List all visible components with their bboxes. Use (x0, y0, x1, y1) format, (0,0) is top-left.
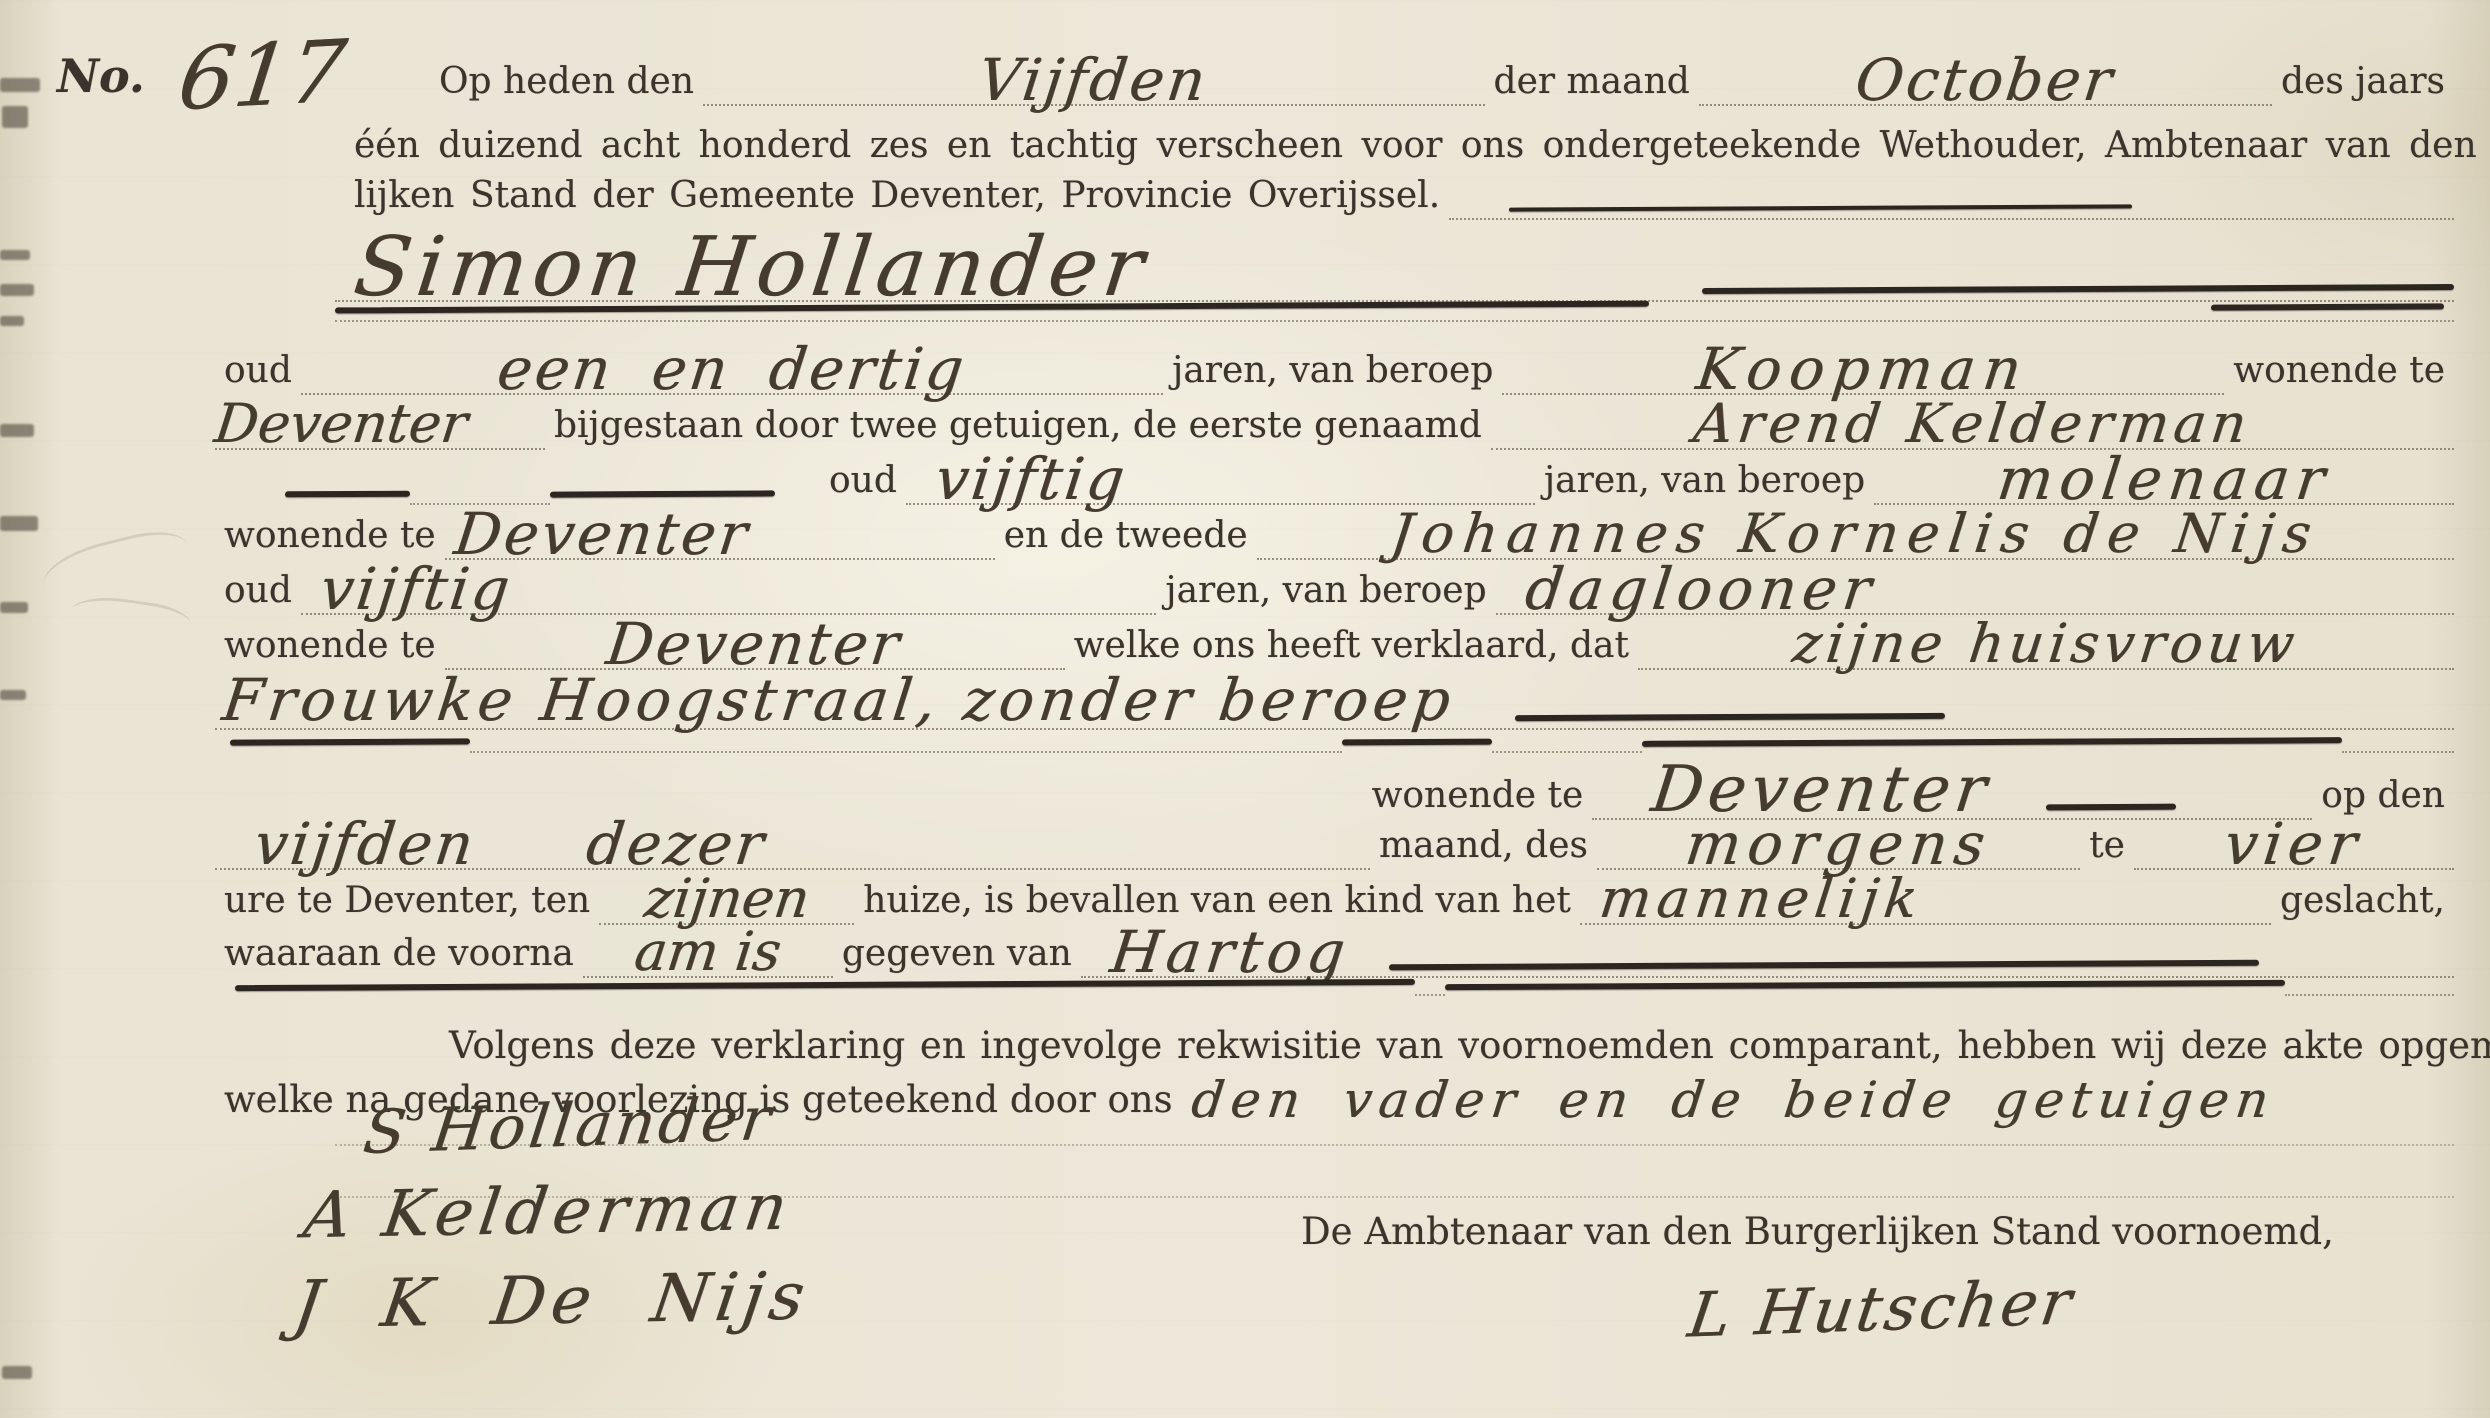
handwritten-month: October (1853, 56, 2117, 104)
handwritten-birth-day: vijfden dezer (252, 820, 769, 868)
handwritten-child-name: Hartog (1108, 928, 1352, 976)
declarant-name-blank: Simon Hollander (335, 236, 1579, 302)
dotted-rule (335, 312, 2454, 322)
intro-authority-line: lijken Stand der Gemeente Deventer, Prov… (345, 170, 2454, 220)
witness2-residence-line: wonende te Deventer welke ons heeft verk… (215, 620, 2454, 670)
handwritten-witness2-name: Johannes Kornelis de Nijs (1388, 510, 2322, 558)
witness2-wonende-label: wonende te (215, 622, 445, 670)
year-text: één duizend acht honderd zes en tachtig … (345, 122, 2490, 170)
page-edge-fragment (0, 250, 30, 260)
witness1-wonende-label: wonende te (215, 512, 445, 560)
handwritten-huize-possessive: zijnen (642, 875, 812, 923)
relation-blank: zijne huisvrouw (1638, 620, 2454, 670)
dotted-rule (1492, 743, 1642, 753)
pencil-scribble (68, 592, 193, 651)
declarant-name-blank-tail (1579, 236, 2454, 302)
witness2-age-line: oud vijftig jaren, van beroep daglooner (215, 565, 2454, 615)
page-edge-fragment (2, 1366, 32, 1379)
witness1-residence-line: wonende te Deventer en de tweede Johanne… (215, 510, 2454, 560)
dotted-rule (470, 743, 1342, 753)
en-de-tweede-label: en de tweede (995, 512, 1257, 560)
declarant-residence-line: Deventer bijgestaan door twee getuigen, … (215, 400, 2454, 450)
handwritten-witness2-age: vijftig (318, 565, 515, 613)
ink-strike (1509, 204, 2132, 211)
page-edge-fragment (2, 106, 28, 128)
birth-day-blank: vijfden dezer (215, 820, 1370, 870)
witness1-jaren-label: jaren, van beroep (1535, 457, 1874, 505)
oud-label: oud (215, 347, 301, 395)
mother-name-blank: Frouwke Hoogstraal, zonder beroep (215, 672, 2454, 730)
page-edge-fragment (0, 602, 28, 613)
gegeven-van-label: gegeven van (833, 930, 1081, 978)
page-edge-fragment (0, 78, 40, 92)
handwritten-witness1-residence: Deventer (452, 510, 753, 558)
des-jaars-label: des jaars (2272, 58, 2454, 106)
dotted-rule (2342, 743, 2454, 753)
ink-strike (2046, 804, 2176, 811)
handwritten-witness1-age: vijftig (933, 455, 1130, 503)
spacer (1945, 720, 2454, 728)
declarant-residence-blank: Deventer (215, 400, 545, 450)
dotted-rule (2285, 986, 2454, 996)
geslacht-label: geslacht, (2271, 877, 2454, 925)
handwritten-hour: vier (2222, 820, 2365, 868)
spacer (1349, 968, 1389, 976)
ink-strike (285, 491, 410, 498)
handwritten-mother-name: Frouwke Hoogstraal, zonder beroep (220, 672, 1459, 728)
dotted-rule (1415, 986, 1445, 996)
witness1-age-blank: vijftig (906, 455, 1535, 505)
wonende-te-label: wonende te (2224, 347, 2454, 395)
declarant-name-line: Simon Hollander (335, 236, 2454, 302)
signature-official: L Hutscher (1685, 1271, 2078, 1346)
handwritten-relation: zijne huisvrouw (1790, 620, 2302, 668)
day-blank: Vijfden (703, 56, 1485, 106)
witness2-residence-blank: Deventer (445, 620, 1065, 670)
handwritten-gender: mannelijk (1597, 875, 1926, 923)
witness2-jaren-label: jaren, van beroep (1156, 567, 1495, 615)
witness2-occupation-blank: daglooner (1496, 565, 2454, 615)
struck-blank-line-1 (335, 302, 2454, 322)
page-edge-fragment (0, 316, 24, 326)
voorna-label: waaraan de voorna (215, 930, 583, 978)
witness2-name-blank: Johannes Kornelis de Nijs (1257, 510, 2454, 560)
handwritten-witness1-name: Arend Kelderman (1691, 400, 2254, 448)
act-number-value: 617 (173, 24, 350, 128)
ink-strike (2211, 303, 2444, 310)
spacer (1455, 720, 1515, 728)
maand-des-label: maand, des (1370, 822, 1597, 870)
daypart-blank: morgens (1597, 820, 2080, 870)
te-label: te (2080, 822, 2134, 870)
month-blank: October (1699, 56, 2272, 106)
handwritten-declarant-occupation: Koopman (1695, 345, 2033, 393)
child-name-blank: Hartog (1081, 928, 2454, 978)
handwritten-declarant-residence: Deventer (212, 400, 470, 448)
declarant-occupation-blank: Koopman (1502, 345, 2224, 395)
struck-blank-line-2 (215, 735, 2454, 753)
page-edge-fragment (0, 690, 26, 700)
intro-year-line: één duizend acht honderd zes en tachtig … (345, 122, 2454, 170)
authority-text: lijken Stand der Gemeente Deventer, Prov… (345, 172, 1449, 220)
intro-date-line: Op heden den Vijfden der maand October d… (430, 56, 2454, 106)
declarant-age-blank: een en dertig (301, 345, 1163, 395)
handwritten-signed-by: den vader en de beide getuigen (1189, 1076, 2278, 1124)
page-edge-fragment (0, 516, 38, 531)
bijgestaan-label: bijgestaan door twee getuigen, de eerste… (545, 402, 1491, 450)
act-number-block: No. 617 (48, 28, 344, 124)
page-edge-fragment (0, 424, 34, 437)
spacer (1991, 810, 2046, 818)
ink-strike (230, 738, 470, 745)
handwritten-witness2-residence: Deventer (604, 620, 905, 668)
ink-strike (1515, 713, 1945, 721)
ink-strike (1702, 284, 2454, 294)
signature-declarant: S Hollander (360, 1089, 777, 1163)
jaren-van-beroep-label: jaren, van beroep (1163, 347, 1502, 395)
signature-witness2: J K De Nijs (290, 1264, 815, 1339)
ink-strike (235, 979, 1415, 991)
ure-te-label: ure te Deventer, ten (215, 877, 599, 925)
witness1-oud-label: oud (820, 457, 906, 505)
handwritten-declarant-age: een en dertig (495, 345, 969, 393)
witness1-occupation-blank: molenaar (1874, 455, 2454, 505)
witness1-age-line: oud vijftig jaren, van beroep molenaar (215, 455, 2454, 505)
ink-strike (1389, 960, 2259, 971)
handwritten-declarant-name: Simon Hollander (351, 236, 1153, 300)
ink-strike (1342, 739, 1492, 746)
handwritten-witness2-occupation: daglooner (1523, 565, 1880, 613)
op-heden-den-label: Op heden den (430, 58, 703, 106)
spacer (2259, 968, 2454, 976)
verklaard-label: welke ons heeft verklaard, dat (1065, 622, 1638, 670)
signed-by-blank: den vader en de beide getuigen (1182, 1076, 2454, 1124)
struck-blank-line-3 (215, 978, 2454, 996)
ink-strike (1642, 737, 2342, 747)
birth-certificate-scan: No. 617 Op heden den Vijfden der maand O… (0, 0, 2490, 1418)
ink-strike (1445, 980, 2285, 990)
witness2-age-blank: vijftig (301, 565, 1157, 615)
witness2-oud-label: oud (215, 567, 301, 615)
witness1-residence-blank: Deventer (445, 510, 995, 560)
voorna-hand-blank: am is (583, 928, 833, 978)
gender-blank: mannelijk (1580, 875, 2271, 925)
der-maand-label: der maand (1485, 58, 1699, 106)
ink-strike (550, 490, 775, 497)
page-edge-fragment (0, 284, 34, 296)
huize-possessive-blank: zijnen (599, 875, 854, 925)
mother-name-line: Frouwke Hoogstraal, zonder beroep (215, 672, 2454, 730)
handwritten-daypart: morgens (1683, 820, 1994, 868)
act-number-label: No. (48, 28, 154, 124)
hour-blank: vier (2134, 820, 2454, 870)
handwritten-day: Vijfden (976, 56, 1211, 104)
closing-text-1: Volgens deze verklaring en ingevolge rek… (215, 1022, 2490, 1070)
closing-line-1: Volgens deze verklaring en ingevolge rek… (215, 1022, 2454, 1070)
handwritten-voorna: am is (632, 928, 783, 976)
declarant-age-line: oud een en dertig jaren, van beroep Koop… (215, 345, 2454, 395)
signature-witness1: A Kelderman (300, 1176, 797, 1248)
birth-day-line: vijfden dezer maand, des morgens te vier (215, 820, 2454, 870)
child-name-line: waaraan de voorna am is gegeven van Hart… (215, 928, 2454, 978)
official-title: De Ambtenaar van den Burgerlijken Stand … (1292, 1208, 2343, 1256)
handwritten-witness1-occupation: molenaar (1995, 455, 2334, 503)
authority-blank (1449, 170, 2454, 220)
mother-wonende-label: wonende te (1363, 772, 1593, 820)
witness1-name-blank: Arend Kelderman (1491, 400, 2454, 450)
